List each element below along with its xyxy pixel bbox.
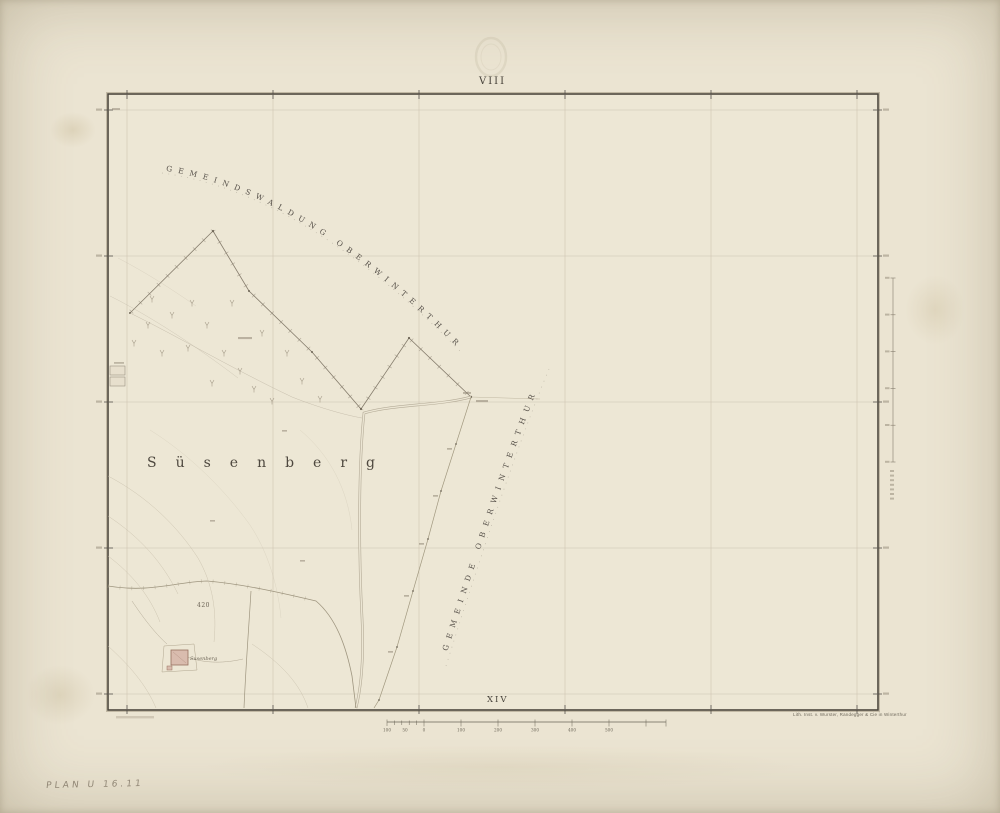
scale-label: 50 (402, 728, 408, 733)
scanned-map-sheet: GEMEINDSWALDUNG OBERWINTERTHUR GEMEINDE … (0, 0, 1000, 813)
scale-label: 400 (568, 728, 576, 733)
farm-name-label: Susenberg (190, 656, 217, 662)
scale-label: 100 (457, 728, 465, 733)
embossed-seal (476, 38, 506, 76)
sheet-number-top: VIII (479, 76, 506, 87)
hill-name-label: Süsenberg (147, 455, 394, 471)
handwritten-archive-note: PLAN U 16.11 (45, 779, 144, 791)
scale-label: 100 (383, 728, 391, 733)
lithographer-imprint: Lith. Inst. v. Wurster, Randegger & Cie … (793, 712, 913, 717)
scale-label: 0 (423, 728, 426, 733)
map-drawing: GEMEINDSWALDUNG OBERWINTERTHUR GEMEINDE … (0, 0, 1000, 813)
sheet-number-bottom: XIV (487, 695, 509, 705)
scale-label: 500 (605, 728, 613, 733)
parcel-number-label: 420 (197, 602, 210, 609)
outbuilding-footprint (167, 666, 172, 670)
surveyor-mark (116, 716, 154, 718)
right-margin-ruler (885, 277, 896, 500)
scale-bar: 100 50 0 100 200 300 400 500 (383, 720, 666, 733)
scale-label: 300 (531, 728, 539, 733)
scale-label: 200 (494, 728, 502, 733)
